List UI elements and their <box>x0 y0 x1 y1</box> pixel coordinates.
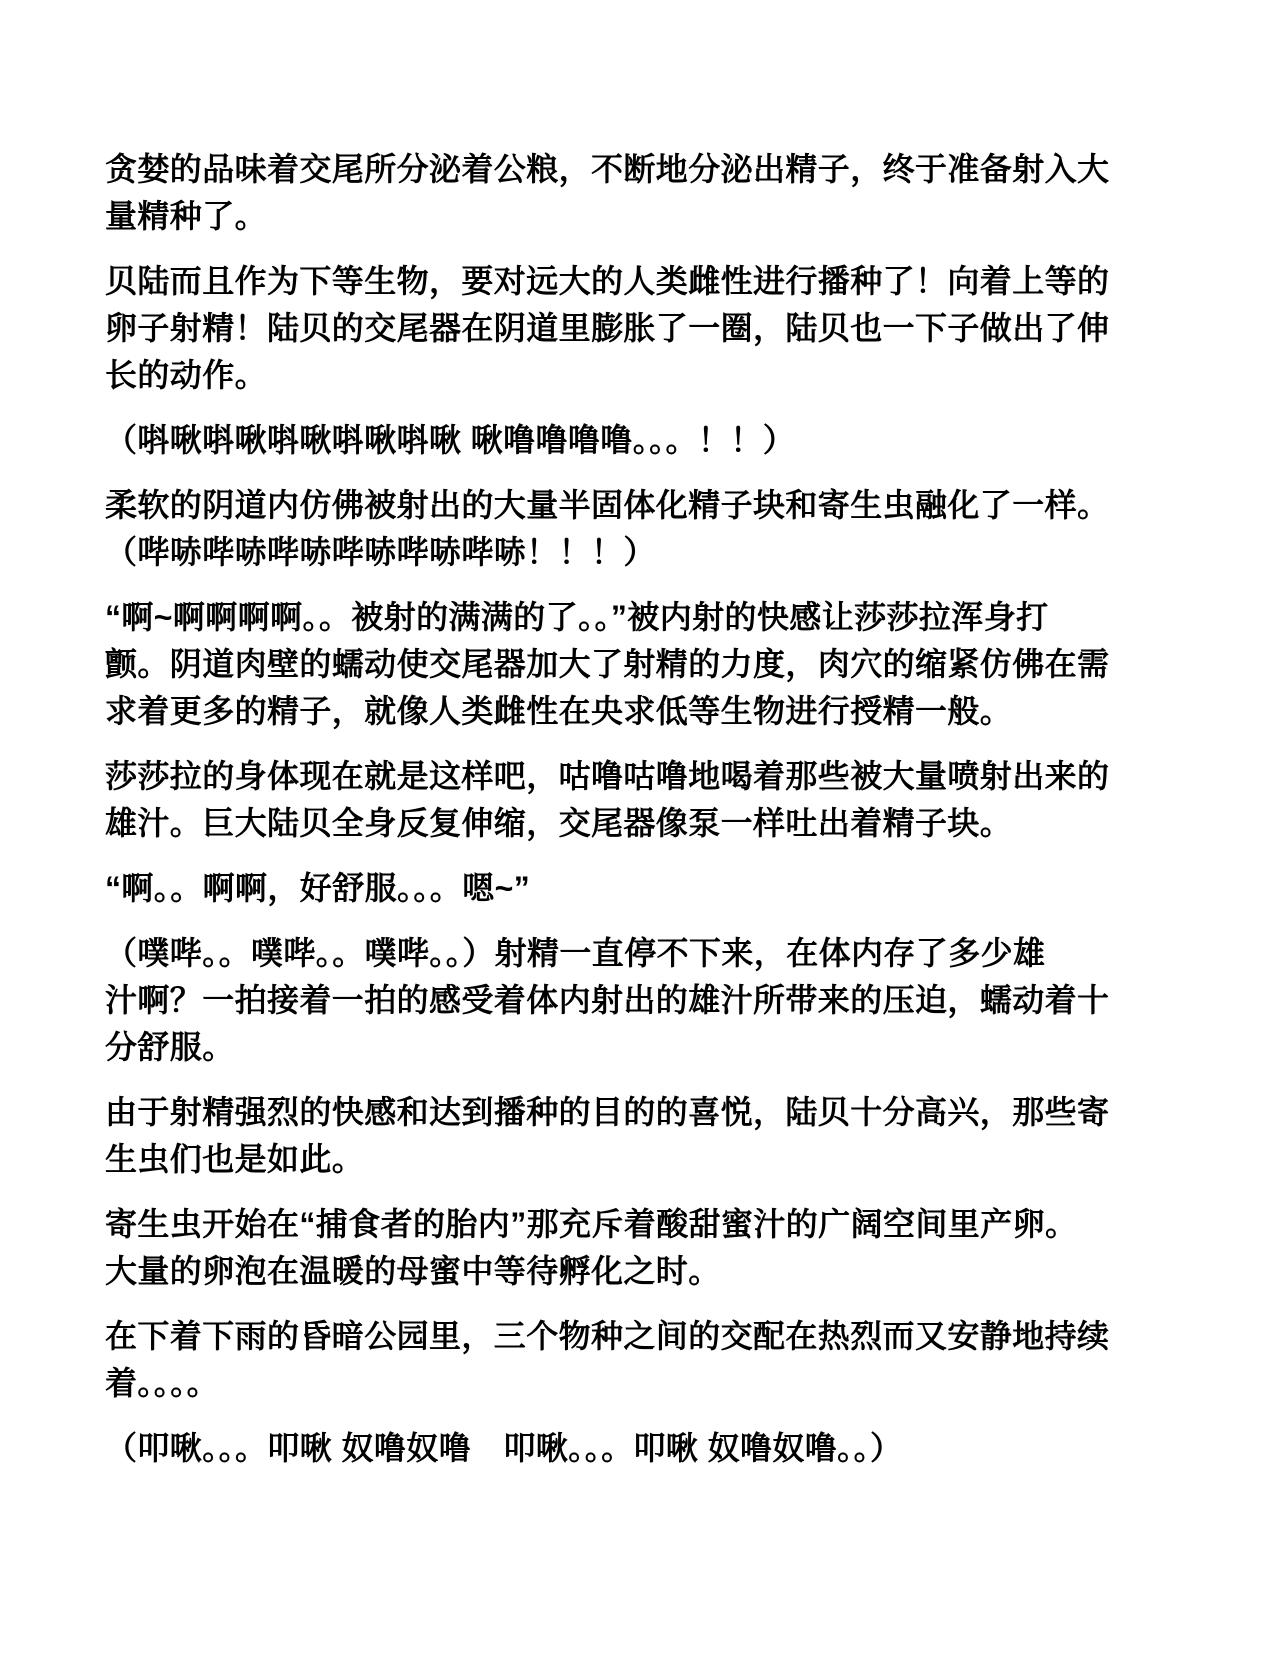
paragraph-dialogue: “啊。。啊啊，好舒服。。。嗯~” <box>105 865 1175 912</box>
paragraph: 贝陆而且作为下等生物，要对远大的人类雌性进行播种了！向着上等的 卵子射精！陆贝的… <box>105 258 1175 399</box>
paragraph: （噗哔。。噗哔。。噗哔。。）射精一直停不下来，在体内存了多少雄 汁啊？一拍接着一… <box>105 930 1175 1071</box>
paragraph: 柔软的阴道内仿佛被射出的大量半固体化精子块和寄生虫融化了一样。 （哔哧哔哧哔哧哔… <box>105 482 1175 576</box>
paragraph: 由于射精强烈的快感和达到播种的目的的喜悦，陆贝十分高兴，那些寄 生虫们也是如此。 <box>105 1089 1175 1183</box>
document-page: 贪婪的品味着交尾所分泌着公粮，不断地分泌出精子，终于准备射入大 量精种了。 贝陆… <box>0 0 1280 1656</box>
paragraph: 莎莎拉的身体现在就是这样吧，咕噜咕噜地喝着那些被大量喷射出来的 雄汁。巨大陆贝全… <box>105 753 1175 847</box>
paragraph: “啊~啊啊啊啊。。被射的满满的了。。”被内射的快感让莎莎拉浑身打 颤。阴道肉壁的… <box>105 594 1175 735</box>
paragraph: 在下着下雨的昏暗公园里，三个物种之间的交配在热烈而又安静地持续 着。。。。 <box>105 1313 1175 1407</box>
paragraph: 寄生虫开始在“捕食者的胎内”那充斥着酸甜蜜汁的广阔空间里产卵。 大量的卵泡在温暖… <box>105 1201 1175 1295</box>
paragraph-sound-effect: （叩啾。。。叩啾 奴噜奴噜 叩啾。。。叩啾 奴噜奴噜。。） <box>105 1425 1175 1472</box>
paragraph-sound-effect: （唞啾唞啾唞啾唞啾唞啾 啾噜噜噜噜。。。！！） <box>105 417 1175 464</box>
paragraph: 贪婪的品味着交尾所分泌着公粮，不断地分泌出精子，终于准备射入大 量精种了。 <box>105 146 1175 240</box>
